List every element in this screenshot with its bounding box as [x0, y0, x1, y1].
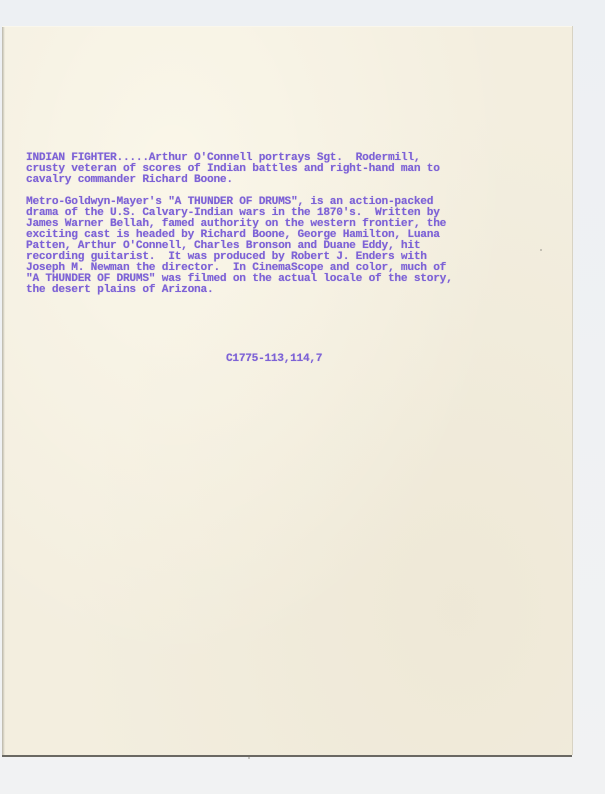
caption-paragraph: INDIAN FIGHTER.....Arthur O'Connell port…	[26, 153, 506, 186]
body-paragraph: Metro-Goldwyn-Mayer's "A THUNDER OF DRUM…	[26, 197, 506, 296]
dust-speck	[540, 249, 542, 251]
paper-edge-shadow	[2, 27, 5, 755]
body-line: the desert plains of Arizona.	[26, 284, 213, 296]
reference-code: C1775-113,114,7	[226, 353, 322, 365]
caption-line: cavalry commander Richard Boone.	[26, 174, 233, 186]
photo-back-paper: INDIAN FIGHTER.....Arthur O'Connell port…	[2, 26, 572, 755]
dust-speck	[248, 757, 250, 759]
typed-caption-block: INDIAN FIGHTER.....Arthur O'Connell port…	[26, 153, 506, 307]
